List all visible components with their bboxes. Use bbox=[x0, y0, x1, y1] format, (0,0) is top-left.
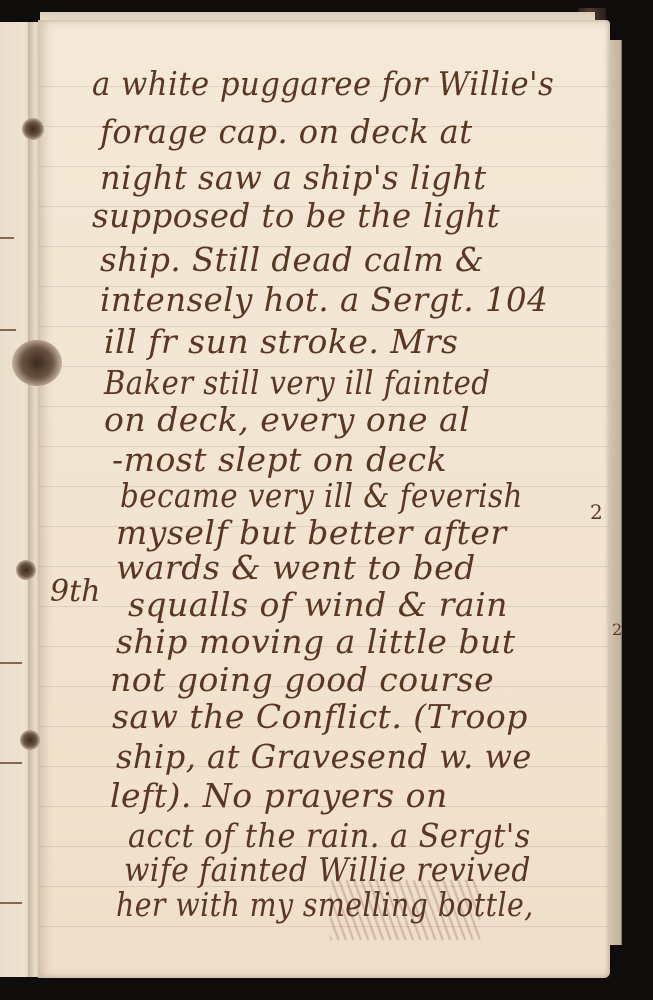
handwritten-line: left). No prayers on bbox=[110, 776, 448, 815]
handwritten-line: squalls of wind & rain bbox=[128, 585, 508, 624]
torn-binding-hole bbox=[12, 340, 62, 386]
handwritten-line: ship moving a little but bbox=[116, 622, 516, 661]
handwritten-line: ill fr sun stroke. Mrs bbox=[104, 322, 458, 361]
handwritten-line: myself but better after bbox=[116, 513, 507, 552]
ink-mark bbox=[0, 762, 22, 764]
handwritten-line: night saw a ship's light bbox=[100, 158, 487, 197]
ruled-line bbox=[38, 926, 610, 927]
binding-hole bbox=[22, 118, 44, 140]
diary-photo: a white puggaree for Willie's forage cap… bbox=[0, 0, 653, 1000]
handwritten-line: intensely hot. a Sergt. 104 bbox=[100, 280, 548, 319]
handwritten-line: saw the Conflict. (Troop bbox=[112, 697, 528, 736]
handwritten-line: on deck, every one al bbox=[104, 400, 470, 439]
handwritten-line: her with my smelling bottle, bbox=[116, 885, 534, 924]
handwritten-line: -most slept on deck bbox=[112, 440, 447, 479]
handwritten-line: Baker still very ill fainted bbox=[104, 363, 490, 402]
handwritten-line: supposed to be the light bbox=[92, 196, 500, 235]
handwritten-line: ship, at Gravesend w. we bbox=[116, 737, 532, 776]
binding-hole bbox=[16, 560, 36, 580]
right-margin-mark: 2 bbox=[590, 500, 603, 524]
binding-hole bbox=[20, 730, 40, 750]
handwritten-line: became very ill & feverish bbox=[120, 476, 523, 515]
margin-date: 9th bbox=[50, 574, 100, 609]
ink-mark bbox=[0, 662, 22, 664]
handwritten-line: forage cap. on deck at bbox=[100, 112, 473, 151]
handwritten-line: ship. Still dead calm & bbox=[100, 240, 484, 279]
handwritten-line: not going good course bbox=[110, 660, 494, 699]
handwritten-line: wards & went to bed bbox=[116, 548, 476, 587]
right-margin-mark: 2 bbox=[612, 620, 622, 639]
handwritten-line: a white puggaree for Willie's bbox=[92, 64, 554, 103]
ink-mark bbox=[0, 329, 16, 331]
handwritten-line: wife fainted Willie revived bbox=[124, 850, 531, 889]
ink-mark bbox=[0, 902, 22, 904]
ink-mark bbox=[0, 237, 14, 239]
